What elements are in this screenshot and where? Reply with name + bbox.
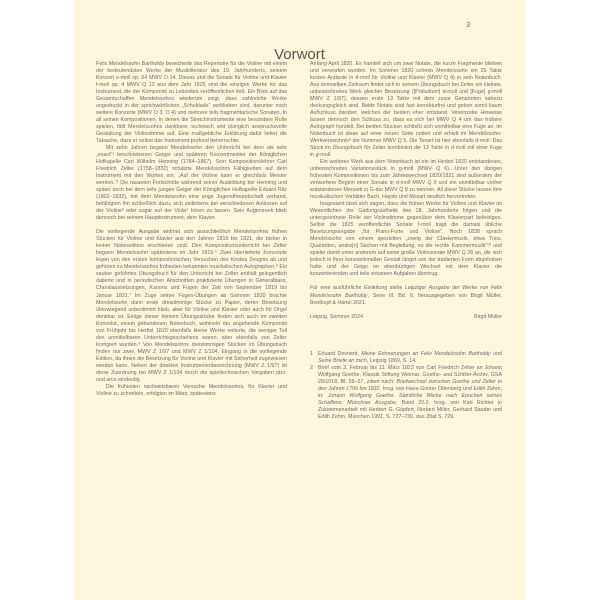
paragraph: Die vorliegende Ausgabe widmet sich auss… xyxy=(96,229,287,383)
document-page: 3 Vorwort Felix Mendelssohn Bartholdy be… xyxy=(74,0,525,600)
paragraph: Die frühesten nachweisbaren Versuche Men… xyxy=(96,384,287,398)
footnote-text: Brief vom 3. Februar bis 11. März 1823 v… xyxy=(318,365,502,421)
paragraph: Insgesamt lässt sich sagen, dass die frü… xyxy=(310,201,502,278)
footnote: 2Brief vom 3. Februar bis 11. März 1823 … xyxy=(310,365,502,421)
author-name: Birgit Müller xyxy=(474,314,502,321)
paragraph: Mit zehn Jahren begann Mendelssohn den U… xyxy=(96,145,287,222)
place-date: Leipzig, Sommer 2024 xyxy=(310,314,363,321)
footnotes: 1Eduard Devrient, Meine Erinnerungen an … xyxy=(310,351,502,421)
page-number: 3 xyxy=(466,22,470,29)
left-column: Felix Mendelssohn Bartholdy bereicherte … xyxy=(96,61,287,398)
footnote: 1Eduard Devrient, Meine Erinnerungen an … xyxy=(310,351,502,365)
signature-line: Leipzig, Sommer 2024 Birgit Müller xyxy=(310,314,502,321)
footnote-text: Eduard Devrient, Meine Erinnerungen an F… xyxy=(318,351,502,365)
right-column: Anfang April 1820. Es handelt sich um zw… xyxy=(310,61,502,421)
paragraph: Anfang April 1820. Es handelt sich um zw… xyxy=(310,61,502,159)
footnote-number: 2 xyxy=(310,365,318,421)
paragraph: Ein weiteres Werk aus dem Notenbuch ist … xyxy=(310,159,502,201)
paragraph: Felix Mendelssohn Bartholdy bereicherte … xyxy=(96,61,287,145)
footnote-number: 1 xyxy=(310,351,318,365)
paragraph: Für eine ausführliche Einleitung siehe L… xyxy=(310,285,502,306)
